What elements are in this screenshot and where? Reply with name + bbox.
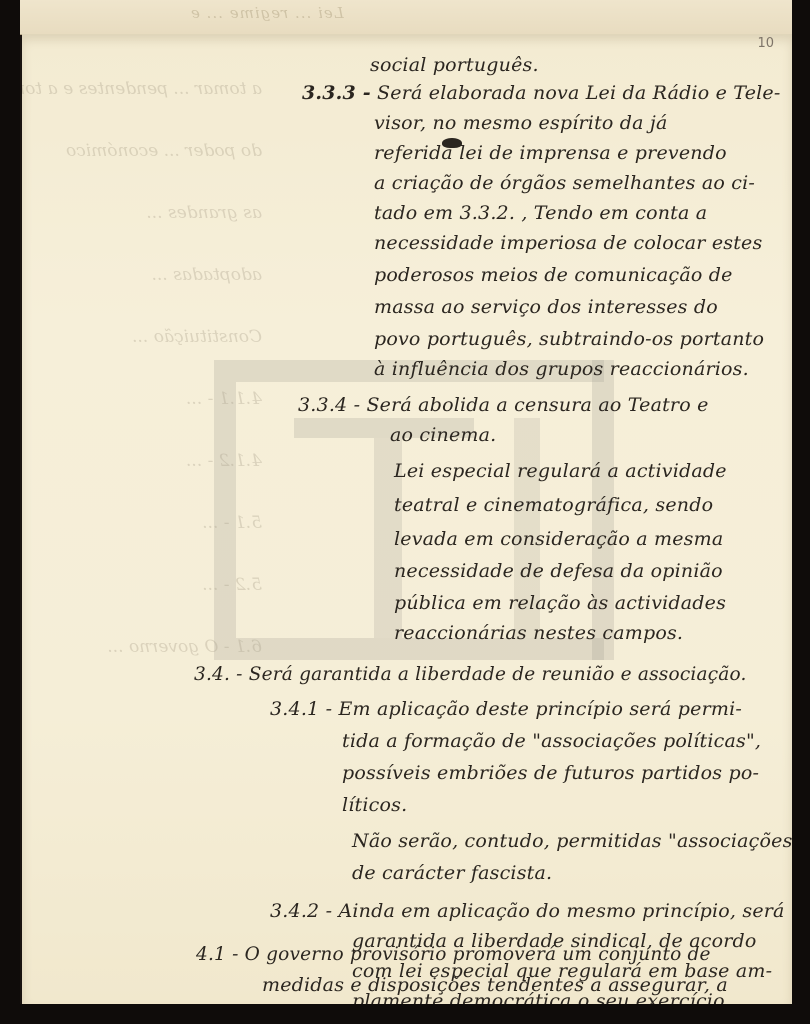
text-line: visor, no mesmo espírito da já	[374, 112, 668, 134]
text-line: à influência dos grupos reaccionários.	[374, 358, 749, 380]
text-line: Não serão, contudo, permitidas "associaç…	[352, 830, 792, 852]
text-line: povo português, subtraindo-os portanto	[374, 328, 764, 350]
text-line: medidas e disposições tendentes a assegu…	[262, 974, 728, 996]
text-line: pública em relação às actividades	[394, 592, 726, 614]
text-line: ao cinema.	[390, 424, 496, 446]
previous-page-edge: Lei ... regime ... e	[20, 0, 792, 35]
text-line: referida lei de imprensa e prevendo	[374, 142, 727, 164]
text-line: líticos.	[342, 794, 407, 816]
previous-page-bleed-text: Lei ... regime ... e	[190, 4, 344, 22]
text-line: levada em consideração a mesma	[394, 528, 723, 550]
text-line: social português.	[370, 54, 539, 76]
scan-border-right	[792, 0, 810, 1024]
section-4-1: 4.1 - O governo provisório promoverá um …	[196, 944, 711, 965]
text-line: possíveis embriões de futuros partidos p…	[342, 762, 759, 784]
text-line: necessidade de defesa da opinião	[394, 560, 723, 582]
text-line: massa ao serviço dos interesses do	[374, 296, 718, 318]
text-line: poderosos meios de comunicação de	[374, 264, 733, 286]
text-line: necessidade imperiosa de colocar estes	[374, 232, 762, 254]
text-line: tida a formação de "associações política…	[342, 730, 761, 752]
text-line: reaccionárias nestes campos.	[394, 622, 683, 644]
text-line: de carácter fascista.	[352, 862, 552, 884]
text-line: Lei especial regulará a actividade	[394, 460, 727, 482]
section-3-3-4: 3.3.4 - Será abolida a censura ao Teatro…	[298, 394, 709, 416]
section-3-3-3: 3.3.3 - Será elaborada nova Lei da Rádio…	[302, 82, 780, 104]
section-3-4-2: 3.4.2 - Ainda em aplicação do mesmo prin…	[270, 900, 785, 922]
section-3-4: 3.4. - Será garantida a liberdade de reu…	[194, 664, 747, 685]
section-3-4-1: 3.4.1 - Em aplicação deste princípio ser…	[270, 698, 742, 720]
text-line: a criação de órgãos semelhantes ao ci-	[374, 172, 755, 194]
manuscript-page: 10 a tomar ... pendentes e a tomada do p…	[22, 34, 792, 1004]
scan-border-bottom	[0, 1004, 810, 1024]
scan-border-left	[0, 0, 20, 1024]
text-line: teatral e cinematográfica, sendo	[394, 494, 713, 516]
page-number: 10	[757, 36, 774, 51]
bleed-through-text: a tomar ... pendentes e a tomada do pode…	[22, 74, 262, 663]
text-line: tado em 3.3.2. , Tendo em conta a	[374, 202, 707, 224]
